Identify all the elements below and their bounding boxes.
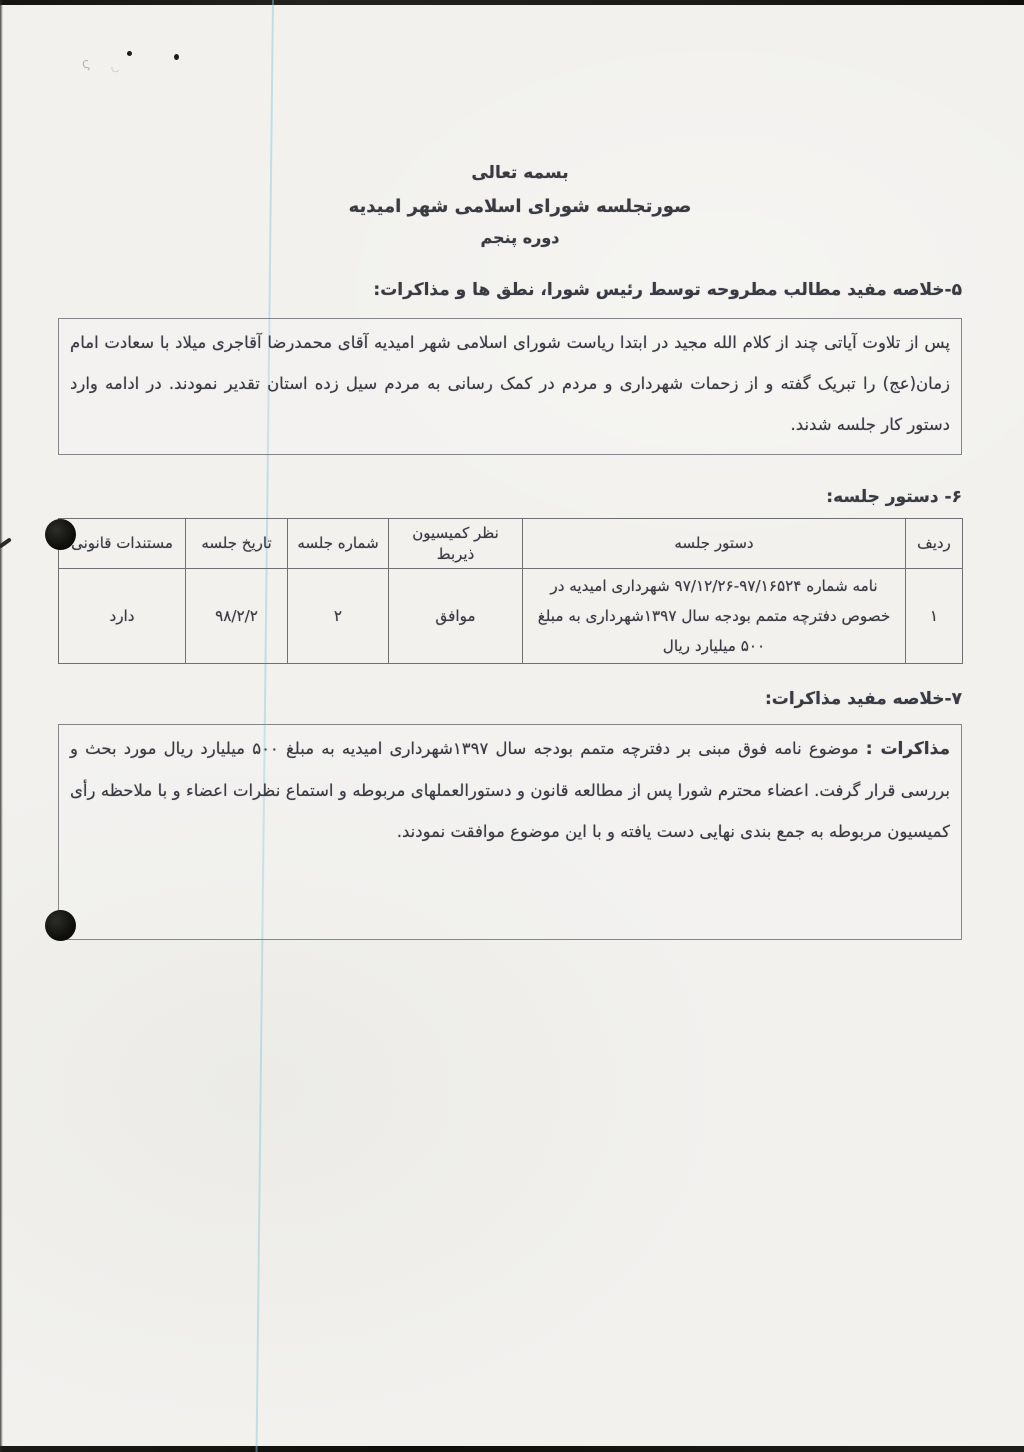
- document-title: صورتجلسه شورای اسلامی شهر امیدیه: [16, 196, 1024, 217]
- section6-heading: ۶- دستور جلسه:: [826, 487, 962, 507]
- section5-box: پس از تلاوت آیاتی چند از کلام الله مجید …: [58, 318, 962, 455]
- punch-hole-bottom: [45, 910, 76, 941]
- ink-speck: [174, 54, 179, 60]
- cell-agenda-item: نامه شماره ۹۷/۱۶۵۲۴-۹۷/۱۲/۲۶ شهرداری امی…: [523, 569, 906, 664]
- mozakerat-body: موضوع نامه فوق مبنی بر دفترچه متمم بودجه…: [70, 739, 950, 841]
- agenda-table-wrapper: ردیف دستور جلسه نظر کمیسیون ذیربط شماره …: [58, 518, 963, 664]
- document-header: بسمه تعالی صورتجلسه شورای اسلامی شهر امی…: [16, 163, 1024, 247]
- cell-commission-opinion: موافق: [389, 569, 523, 664]
- cell-session-date: ۹۸/۲/۲: [186, 569, 288, 664]
- commission-opinion-line2: ذیربط: [437, 545, 475, 563]
- agenda-table-header-row: ردیف دستور جلسه نظر کمیسیون ذیربط شماره …: [59, 519, 963, 569]
- agenda-table: ردیف دستور جلسه نظر کمیسیون ذیربط شماره …: [58, 518, 963, 664]
- scan-edge-left: [0, 0, 3, 1452]
- pencil-smudge: ◡: [109, 62, 122, 76]
- column-header-agenda-item: دستور جلسه: [523, 519, 906, 569]
- scanned-document-page: ς ◡ بسمه تعالی صورتجلسه شورای اسلامی شهر…: [0, 0, 1024, 1452]
- commission-opinion-line1: نظر کمیسیون: [412, 524, 499, 542]
- section7-box: مذاکرات : موضوع نامه فوق مبنی بر دفترچه …: [58, 724, 962, 940]
- agenda-table-row: ۱ نامه شماره ۹۷/۱۶۵۲۴-۹۷/۱۲/۲۶ شهرداری ا…: [59, 569, 963, 664]
- section5-paragraph: پس از تلاوت آیاتی چند از کلام الله مجید …: [59, 319, 961, 445]
- cell-legal-documentation: دارد: [59, 569, 186, 664]
- column-header-session-date: تاریخ جلسه: [186, 519, 288, 569]
- punch-hole-top: [45, 519, 76, 550]
- column-header-session-number: شماره جلسه: [288, 519, 389, 569]
- section7-paragraph: مذاکرات : موضوع نامه فوق مبنی بر دفترچه …: [59, 725, 961, 852]
- cell-session-number: ۲: [288, 569, 389, 664]
- cell-row-number: ۱: [906, 569, 963, 664]
- column-header-legal-documentation: مستندات قانونی: [59, 519, 186, 569]
- ink-speck: [127, 51, 132, 56]
- column-header-commission-opinion: نظر کمیسیون ذیربط: [389, 519, 523, 569]
- scan-edge-top: [0, 0, 1024, 5]
- pencil-smudge: ς: [80, 55, 91, 72]
- column-header-row-number: ردیف: [906, 519, 963, 569]
- document-term: دوره پنجم: [16, 228, 1024, 247]
- section7-heading: ۷-خلاصه مفید مذاکرات:: [765, 689, 962, 709]
- besmele-line: بسمه تعالی: [16, 163, 1024, 183]
- mozakerat-label: مذاکرات :: [866, 739, 950, 759]
- section5-heading: ۵-خلاصه مفید مطالب مطروحه توسط رئیس شورا…: [373, 280, 962, 300]
- scan-edge-bottom: [0, 1446, 1024, 1452]
